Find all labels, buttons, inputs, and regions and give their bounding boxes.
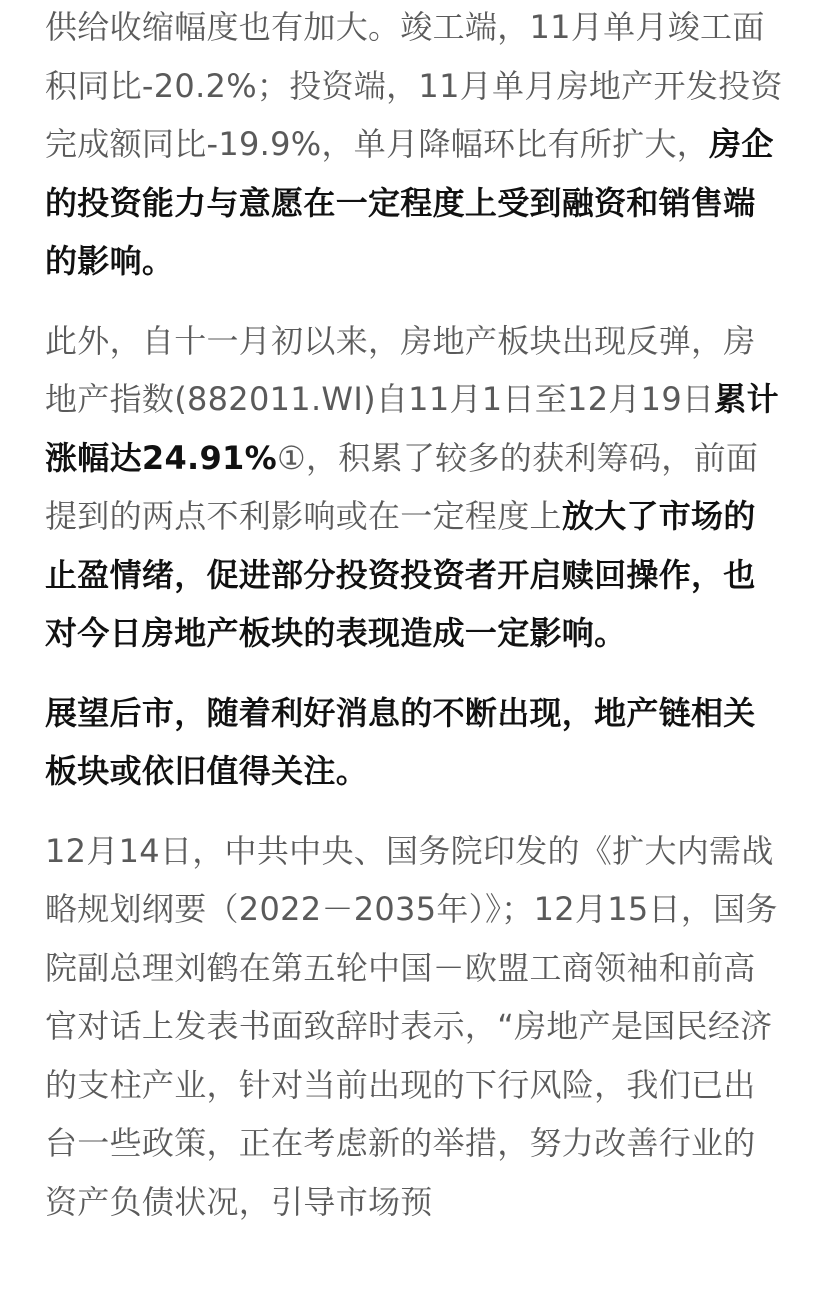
text-segment: 供给收缩幅度也有加大。竣工端，11月单月竣工面积同比-20.2%；投资端，11月… [45,8,783,163]
article-body: 供给收缩幅度也有加大。竣工端，11月单月竣工面积同比-20.2%；投资端，11月… [45,0,785,1231]
paragraph-completion-investment: 供给收缩幅度也有加大。竣工端，11月单月竣工面积同比-20.2%；投资端，11月… [45,0,785,291]
text-segment: 12月14日，中共中央、国务院印发的《扩大内需战略规划纲要（2022－2035年… [45,832,778,1221]
emphasis-segment: 展望后市，随着利好消息的不断出现，地产链相关板块或依旧值得关注。 [45,694,756,791]
paragraph-sector-rebound: 此外，自十一月初以来，房地产板块出现反弹，房地产指数(882011.WI)自11… [45,312,785,663]
paragraph-outlook: 展望后市，随着利好消息的不断出现，地产链相关板块或依旧值得关注。 [45,684,785,801]
text-segment: 此外，自十一月初以来，房地产板块出现反弹，房地产指数(882011.WI)自11… [45,322,756,419]
paragraph-policy: 12月14日，中共中央、国务院印发的《扩大内需战略规划纲要（2022－2035年… [45,822,785,1232]
